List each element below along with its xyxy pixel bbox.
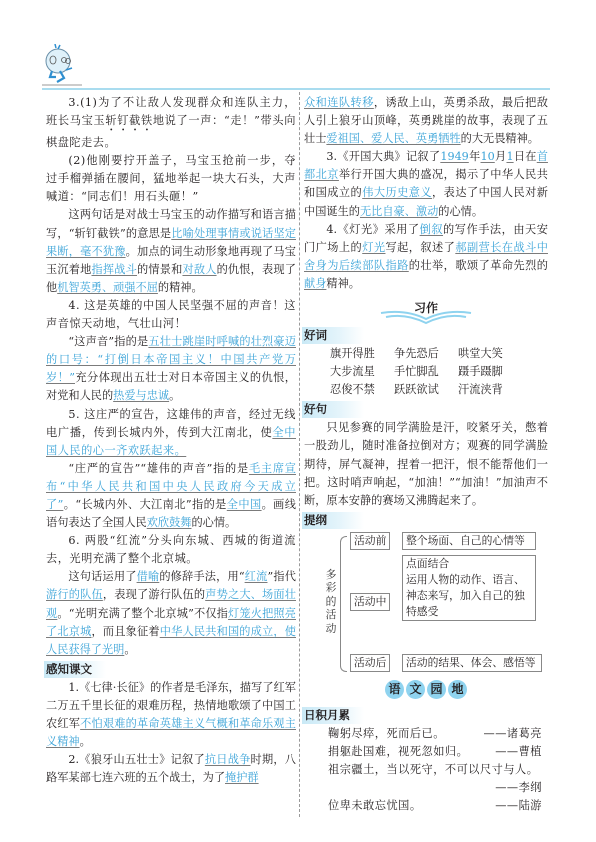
text-span: 运用人物的动作、语言、 <box>406 572 532 588</box>
quote-item: 鞠躬尽瘁，死而后已。——诸葛亮 <box>304 725 548 743</box>
brace-icon <box>340 536 347 672</box>
text-span: 5. 这庄严的宣告，这雄伟的声音，经过无线电广播，传到长城内外，传到大江南北，使 <box>46 408 296 439</box>
outline-content-before: 整个场面、自己的心情等 <box>402 532 536 550</box>
section-title-good-words: 好词 <box>302 327 364 344</box>
text-span: 日在 <box>514 150 537 163</box>
section-title-perceive-text: 感知课文 <box>44 661 106 678</box>
text-span: 忍俊不禁 <box>330 381 382 399</box>
answer-text: 无比自豪、激动 <box>360 205 438 218</box>
text-span: 的大无畏精神。 <box>461 132 539 145</box>
good-words-row: 旗开得胜争先恐后哄堂大笑 <box>330 345 548 363</box>
question-3-1: 3.(1)为了不让敌人发现群众和连队主力，班长马宝玉斩钉截铁地说了一声：“走！”… <box>46 94 296 152</box>
text-span: 的精神。 <box>158 281 203 294</box>
answer-text: 伟大历史意义 <box>362 186 432 199</box>
text-span: 旗开得胜 <box>330 345 382 363</box>
text-span: 特感受 <box>406 604 532 620</box>
outline-stage-before: 活动前 <box>350 532 390 550</box>
answer-text: 指挥战斗 <box>91 263 136 276</box>
section-title-outline: 提纲 <box>302 512 364 529</box>
text-span: 的壮举，歌颂了革命先烈的 <box>409 259 548 272</box>
text-span: 手忙脚乱 <box>394 363 446 381</box>
answer-text: 众和连队转移 <box>304 96 374 109</box>
answer-text: 全中国 <box>227 498 262 511</box>
outline-stage-during: 活动中 <box>350 593 390 611</box>
answer-text: 爱祖国、爱人民、英勇牺牲 <box>326 132 460 145</box>
answer-text: 掩护群 <box>225 771 259 784</box>
text-span: 。 <box>124 643 135 656</box>
answer-3: 这两句话是对战士马宝玉的动作描写和语言描写，“斩钉截铁”的意思是比喻处理事情或说… <box>46 206 296 296</box>
column-divider <box>299 92 300 817</box>
section-banner-language-garden: 语文园地 <box>304 680 548 699</box>
outline-root: 多彩的活动 <box>324 568 338 636</box>
mascot-illustration-icon <box>42 44 82 86</box>
answer-text: 游行的队伍 <box>46 588 103 601</box>
text-span: ——诸葛亮 <box>484 725 542 743</box>
answer-text: 欢欣鼓舞 <box>147 516 192 529</box>
text-span: 鞠躬尽瘁，死而后已。 <box>328 725 445 743</box>
text-span: ——陆游 <box>495 797 542 815</box>
answer-text: 1 <box>506 150 513 163</box>
text-span: ——曹植 <box>495 743 542 761</box>
good-sentence: 只见参赛的同学满脸是汗，咬紧牙关，憋着一股劲儿，随时准备拉倒对方；观赛的同学满脸… <box>304 419 548 509</box>
quotes-list: 鞠躬尽瘁，死而后已。——诸葛亮 捐躯赴国难，视死忽如归。——曹植 祖宗疆土，当以… <box>304 725 548 815</box>
quote-item: 捐躯赴国难，视死忽如归。——曹植 <box>304 743 548 761</box>
outline-stage-after: 活动后 <box>350 654 390 672</box>
quote-author: ——李纲 <box>304 779 548 797</box>
answer-6: 这句话运用了借喻的修辞手法，用“红流”指代游行的队伍，表现了游行队伍的声势之大、… <box>46 568 296 658</box>
text-span: 汗流浃背 <box>458 381 510 399</box>
outline-diagram: 多彩的活动 活动前 整个场面、自己的心情等 活动中 点面结合 运用人物的动作、语… <box>304 532 548 674</box>
text-span: 祖宗疆土，当以死守，不可以尺寸与人。 <box>328 761 538 779</box>
perceive-item-1: 1.《七律·长征》的作者是毛泽东，描写了红军二万五千里长征的艰难历程，热情地歌颂… <box>46 679 296 751</box>
answer-text: 红流 <box>245 570 268 583</box>
outline-content-during: 点面结合 运用人物的动作、语言、 神态来写，加入自己的独 特感受 <box>402 555 536 621</box>
text-span: 跃跃欲试 <box>394 381 446 399</box>
text-span: 争先恐后 <box>394 345 446 363</box>
text-span: 捐躯赴国难，视死忽如归。 <box>328 743 468 761</box>
question-3-2: (2)他刚要拧开盖子，马宝玉抢前一步，夺过手榴弹插在腰间，猛地举起一块大石头，大… <box>46 152 296 206</box>
section-banner-composition: 习作 <box>304 299 548 325</box>
question-5: 5. 这庄严的宣告，这雄伟的声音，经过无线电广播，传到长城内外，传到大江南北，使… <box>46 406 296 460</box>
text-span: 哄堂大笑 <box>458 345 510 363</box>
answer-text: 灯光 <box>362 241 385 254</box>
text-span: 的情景和 <box>137 263 182 276</box>
text-span: ，而且象征着 <box>91 625 159 638</box>
text-span: 。 <box>169 389 180 402</box>
answer-text: 机智英勇、顽强不屈 <box>57 281 158 294</box>
text-span: 地 <box>448 680 467 699</box>
text-span: 写起，叙述了 <box>385 241 455 254</box>
text-span: 。“光明充满了整个北京城”不仅指 <box>57 607 228 620</box>
text-span: 年 <box>469 150 481 163</box>
question-4: 4. 这是英雄的中国人民坚强不屈的声音！这声音惊天动地，气壮山河！ <box>46 297 296 333</box>
answer-5: “庄严的宣告”“雄伟的声音”指的是毛主席宣布“中华人民共和国中央人民政府今天成立… <box>46 460 296 532</box>
text-span: 4.《灯光》采用了 <box>326 223 419 236</box>
text-span: 蹑手蹑脚 <box>458 363 510 381</box>
perceive-item-2-cont: 众和连队转移，诱敌上山，英勇杀敌，最后把敌人引上狼牙山顶峰，英勇跳崖的故事，表现… <box>304 94 548 148</box>
outline-content-after: 活动的结果、体会、感悟等 <box>402 654 542 672</box>
text-span: 的修辞手法，用“ <box>159 570 244 583</box>
section-title-good-sentence: 好句 <box>302 401 364 418</box>
text-span: 园 <box>427 680 446 699</box>
text-span: 3.《开国大典》记叙了 <box>326 150 440 163</box>
text-span: ——李纲 <box>495 779 542 797</box>
answer-text: 1949 <box>440 150 468 163</box>
perceive-item-4: 4.《灯光》采用了倒叙的写作手法，由天安门广场上的灯光写起，叙述了郝副营长在战斗… <box>304 221 548 293</box>
text-span: “这声音”指的是 <box>68 335 148 348</box>
text-span: 月 <box>495 150 507 163</box>
good-words-row: 忍俊不禁跃跃欲试汗流浃背 <box>330 381 548 399</box>
text-span: 语 <box>385 680 404 699</box>
text-span: ，表现了游行队伍的 <box>103 588 205 601</box>
text-span: “庄严的宣告”“雄伟的声音”指的是 <box>68 462 249 475</box>
text-span: 点面结合 <box>406 556 532 572</box>
composition-title: 习作 <box>414 301 438 315</box>
text-span: 。 <box>80 735 91 748</box>
question-6: 6. 两股“红流”分头向东城、西城的街道流去，光明充满了整个北京城。 <box>46 532 296 568</box>
text-span: 的心情。 <box>438 205 483 218</box>
good-words-grid: 旗开得胜争先恐后哄堂大笑 大步流星手忙脚乱蹑手蹑脚 忍俊不禁跃跃欲试汗流浃背 <box>304 345 548 399</box>
text-span: 这句话运用了 <box>68 570 136 583</box>
text-span: 文 <box>406 680 425 699</box>
quote-item: 位卑未敢忘忧国。——陆游 <box>304 797 548 815</box>
section-title-daily-accumulation: 日积月累 <box>302 707 364 724</box>
text-span: 的心情。 <box>191 516 236 529</box>
header-rule <box>42 88 550 90</box>
answer-text: 倒叙 <box>420 223 443 236</box>
quote-item: 祖宗疆土，当以死守，不可以尺寸与人。 <box>304 761 548 779</box>
text-span: 精神。 <box>326 277 360 290</box>
answer-text: 抗日战争 <box>205 753 251 766</box>
right-column: 众和连队转移，诱敌上山，英勇杀敌，最后把敌人引上狼牙山顶峰，英勇跳崖的故事，表现… <box>304 94 548 815</box>
perceive-item-3: 3.《开国大典》记叙了1949年10月1日在首都北京举行开国大典的盛况，揭示了中… <box>304 148 548 220</box>
answer-text: 对敌人 <box>182 263 216 276</box>
answer-text: 借喻 <box>137 570 160 583</box>
perceive-item-2: 2.《狼牙山五壮士》记叙了抗日战争时期，八路军某部七连六班的五个战士，为了掩护群 <box>46 751 296 787</box>
text-span: 。“长城内外、大江南北”指的是 <box>63 498 226 511</box>
text-span: 2.《狼牙山五壮士》记叙了 <box>68 753 204 766</box>
good-words-row: 大步流星手忙脚乱蹑手蹑脚 <box>330 363 548 381</box>
answer-4: “这声音”指的是五壮士跳崖时呼喊的壮烈豪迈的口号：“打倒日本帝国主义！中国共产党… <box>46 333 296 405</box>
answer-text: 10 <box>481 150 495 163</box>
text-span: 大步流星 <box>330 363 382 381</box>
answer-text: 献身 <box>304 277 326 290</box>
text-span: ”指代 <box>268 570 296 583</box>
dotted-word: 斩钉截铁 <box>105 114 152 127</box>
answer-text: 热爱与忠诚 <box>113 389 169 402</box>
text-span: 神态来写，加入自己的独 <box>406 588 532 604</box>
left-column: 3.(1)为了不让敌人发现群众和连队主力，班长马宝玉斩钉截铁地说了一声：“走！”… <box>46 94 296 787</box>
text-span: 位卑未敢忘忧国。 <box>328 797 422 815</box>
